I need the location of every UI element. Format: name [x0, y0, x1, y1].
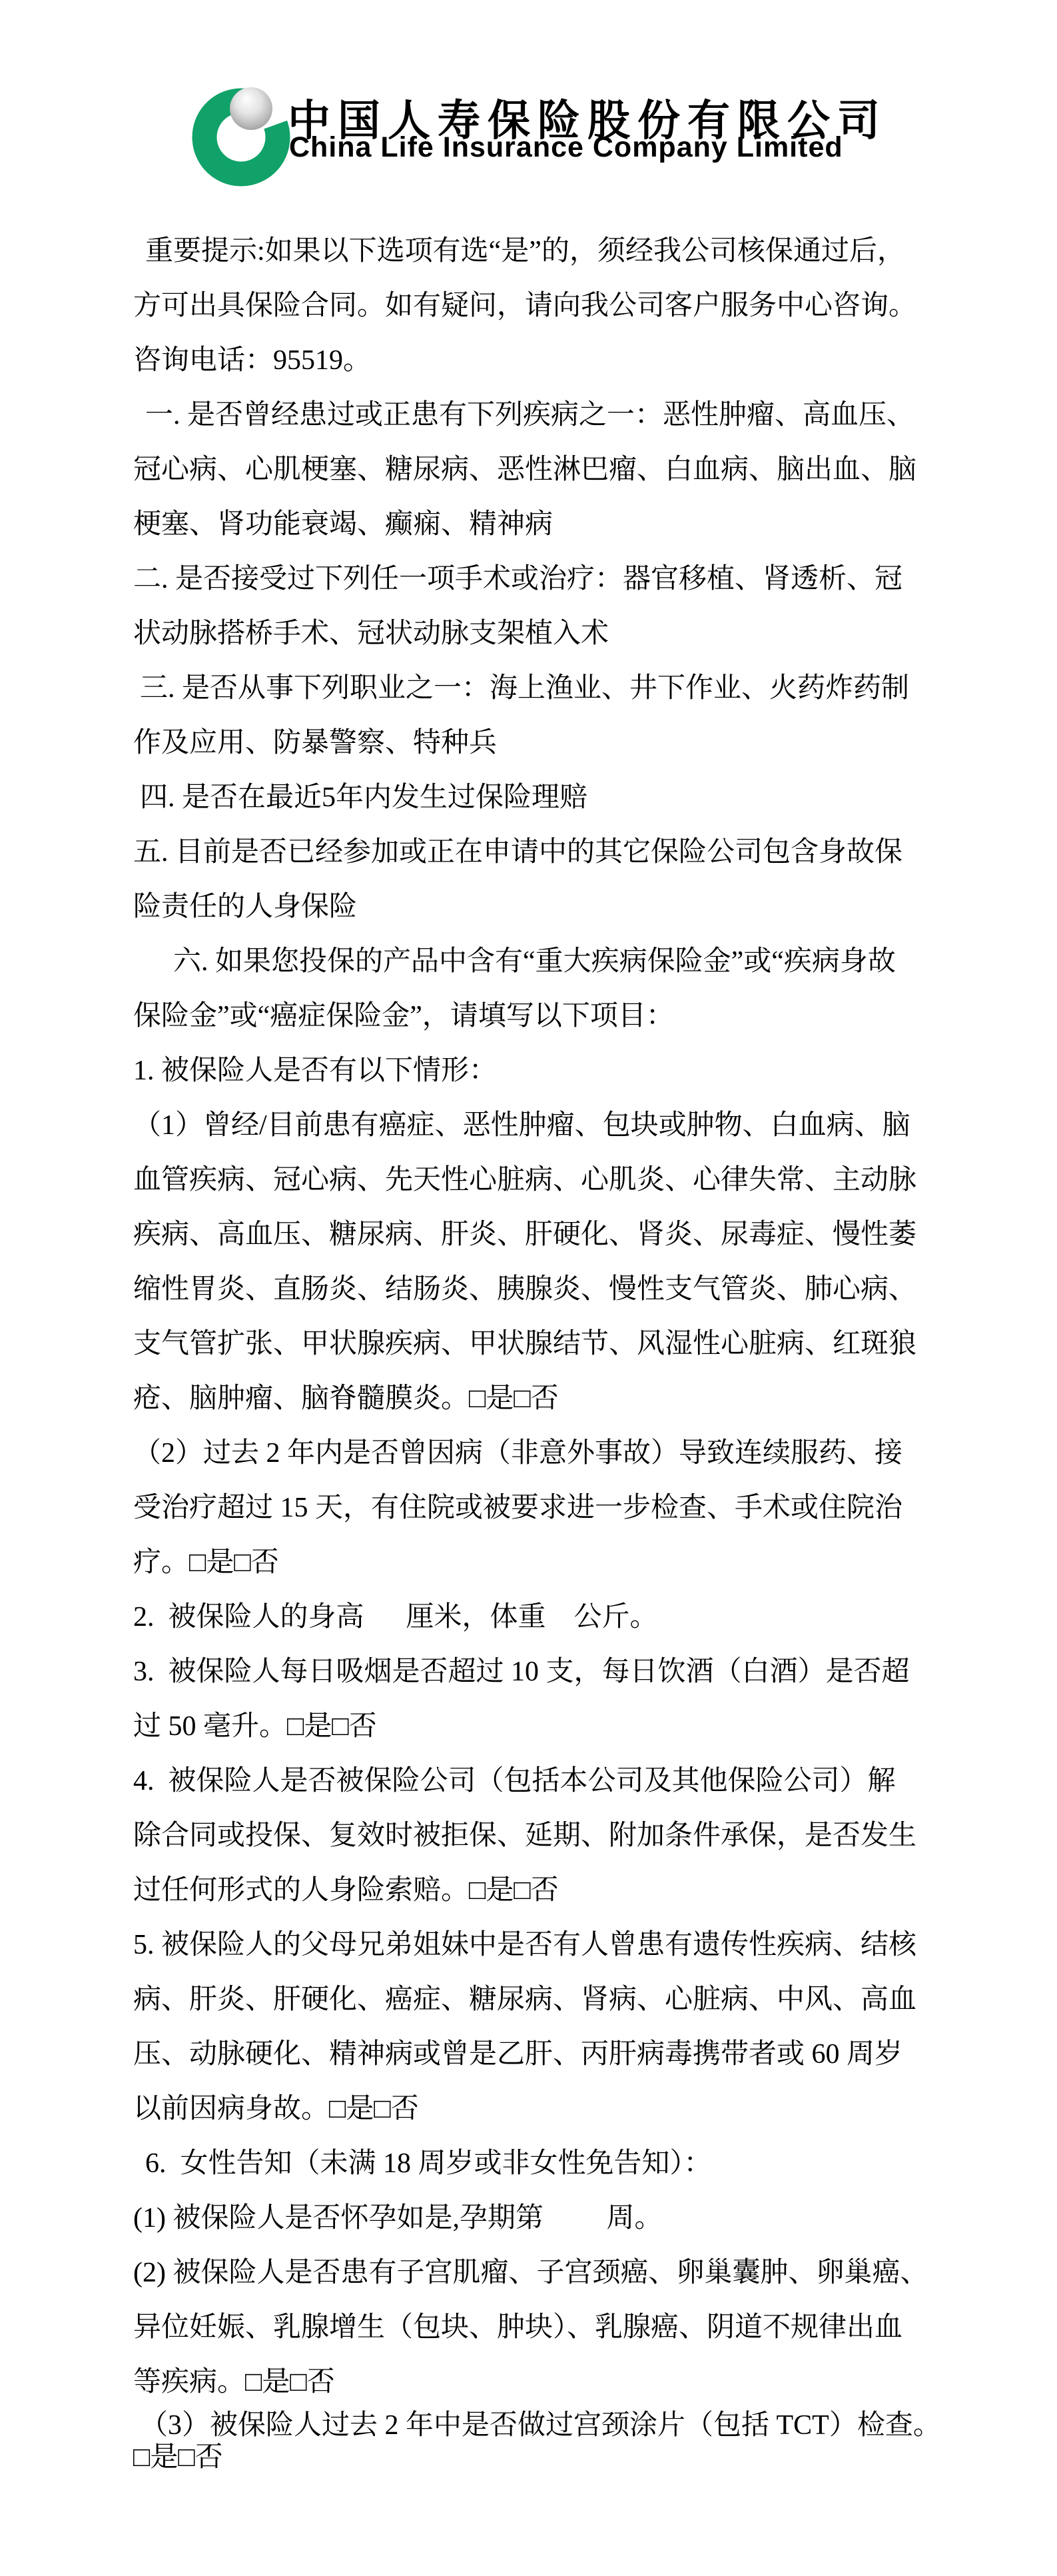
- paragraph-question-3-occupations: 三. 是否从事下列职业之一：海上渔业、井下作业、火药炸药制 作及应用、防暴警察、…: [133, 661, 950, 770]
- paragraph-item-5-family-history: 5. 被保险人的父母兄弟姐妹中是否有人曾患有遗传性疾病、结核 病、肝炎、肝硬化、…: [133, 1918, 950, 2136]
- paragraph-question-5-other-insurance: 五. 目前是否已经参加或正在申请中的其它保险公司包含身故保 险责任的人身保险: [133, 825, 950, 934]
- paragraph-item-2-height-weight: 2. 被保险人的身高 厘米，体重 公斤。: [133, 1590, 950, 1644]
- logo-silver-sphere: [230, 87, 272, 130]
- paragraph-item-3-smoking-drinking: 3. 被保险人每日吸烟是否超过 10 支，每日饮酒（白酒）是否超 过 50 毫升…: [133, 1644, 950, 1754]
- paragraph-question-4-claims: 四. 是否在最近5年内发生过保险理赔: [133, 770, 950, 825]
- paragraph-item-1-2-treatment-history: （2）过去 2 年内是否曾因病（非意外事故）导致连续服药、接 受治疗超过 15 …: [133, 1426, 950, 1590]
- company-logo: 中国人寿保险股份有限公司 China Life Insurance Compan…: [0, 0, 1057, 224]
- paragraph-item-1-conditions-intro: 1. 被保险人是否有以下情形：: [133, 1043, 950, 1098]
- paragraph-item-4-declined-cover: 4. 被保险人是否被保险公司（包括本公司及其他保险公司）解 除合同或投保、复效时…: [133, 1754, 950, 1918]
- paragraph-item-6-3-tct-exam: （3）被保险人过去 2 年中是否做过宫颈涂片（包括 TCT）检查。 □是□否: [133, 2409, 950, 2473]
- paragraph-question-1-diseases: 一. 是否曾经患过或正患有下列疾病之一：恶性肿瘤、高血压、 冠心病、心肌梗塞、糖…: [133, 388, 950, 552]
- china-life-logo-icon: [192, 69, 292, 190]
- paragraph-question-2-surgeries: 二. 是否接受过下列任一项手术或治疗：器官移植、肾透析、冠 状动脉搭桥手术、冠状…: [133, 552, 950, 661]
- paragraph-item-6-female-notice: 6. 女性告知（未满 18 周岁或非女性免告知）：: [133, 2136, 950, 2191]
- paragraph-important-notice: 重要提示:如果以下选项有选“是”的，须经我公司核保通过后， 方可出具保险合同。如…: [133, 224, 950, 388]
- health-questionnaire: 重要提示:如果以下选项有选“是”的，须经我公司核保通过后， 方可出具保险合同。如…: [0, 224, 1057, 2563]
- document-page: 中国人寿保险股份有限公司 China Life Insurance Compan…: [0, 0, 1057, 2576]
- paragraph-item-6-2-gynecological: (2) 被保险人是否患有子宫肌瘤、子宫颈癌、卵巢囊肿、卵巢癌、 异位妊娠、乳腺增…: [133, 2246, 950, 2409]
- company-name-english: China Life Insurance Company Limited: [289, 133, 843, 162]
- paragraph-item-1-1-disease-list: （1）曾经/目前患有癌症、恶性肿瘤、包块或肿物、白血病、脑 血管疾病、冠心病、先…: [133, 1098, 950, 1426]
- paragraph-question-6-product-notice: 六. 如果您投保的产品中含有“重大疾病保险金”或“疾病身故 保险金”或“癌症保险…: [133, 934, 950, 1043]
- paragraph-item-6-1-pregnancy: (1) 被保险人是否怀孕如是,孕期第 周。: [133, 2191, 950, 2246]
